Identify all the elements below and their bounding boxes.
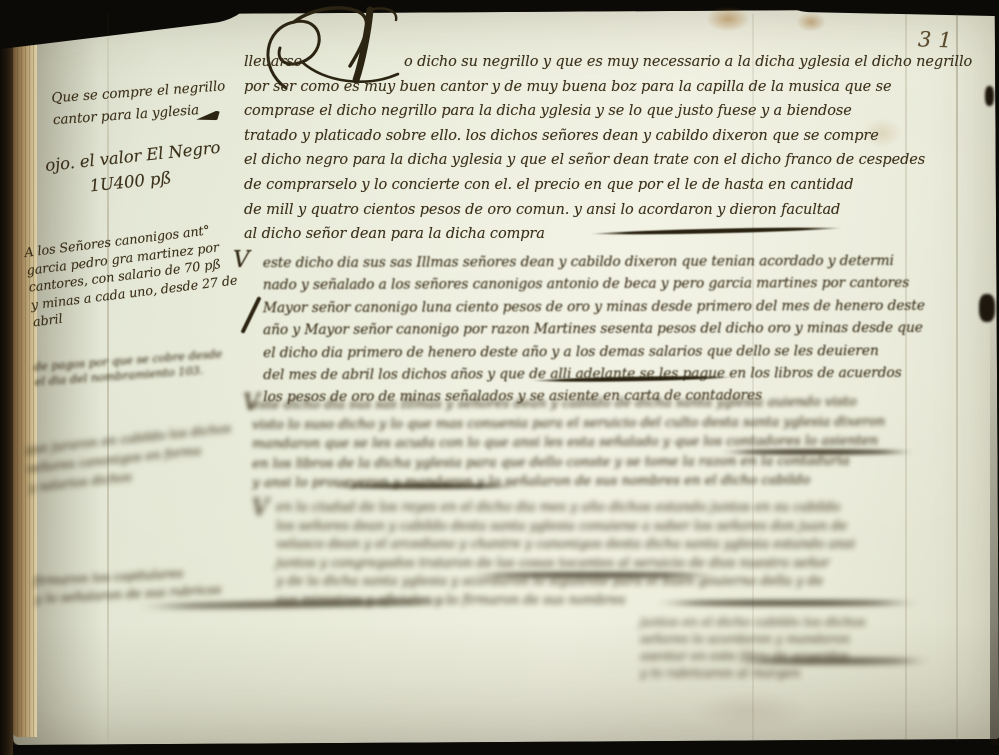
page-edge-stack (13, 16, 37, 737)
text-line: año y Mayor señor canonigo por razon Mar… (263, 317, 947, 342)
text-line: el dicho negro para la dicha yglesia y q… (244, 148, 946, 173)
text-line: juntos en el dicho cabildo los dichos (640, 613, 970, 630)
text-line: juntos y congregados trataron de las cos… (276, 555, 968, 574)
opening-word: lleuarse (244, 50, 302, 75)
text-line: asentar en este libro de acuerdos (640, 647, 970, 664)
text-line: y lo rubricaron al margen (640, 664, 970, 681)
text-line: lleuarse o dicho su negrillo y que es mu… (244, 50, 946, 75)
folio-number: 31 (918, 27, 960, 52)
text-line: mandaron que se les acuda con lo que ans… (252, 431, 956, 454)
book-binding (0, 0, 13, 755)
text-line: nado y señalado a los señores canonigos … (263, 272, 947, 297)
text-line: o dicho su negrillo y que es muy necessa… (404, 50, 972, 75)
paragraph-lines: por ser como es muy buen cantor y de muy… (244, 75, 946, 247)
text-line: de mill y quatro cientos pesos de oro co… (244, 198, 946, 223)
text-line: los señores dean y cabildo desta santa y… (276, 518, 968, 537)
edge-ink-mark (985, 86, 994, 106)
main-paragraph-3-blurred: este dicho dia sus sas Illmas y señores … (252, 392, 957, 494)
text-line: por ser como es muy buen cantor y de muy… (244, 75, 946, 100)
main-paragraph-4-blurred: en la ciudad de los reyes en el dicho di… (276, 499, 968, 611)
text-line: de comprarselo y lo concierte con el. el… (244, 173, 946, 198)
text-line: velasco dean y el arcediano y chantre y … (276, 536, 968, 555)
main-paragraph-1: lleuarse o dicho su negrillo y que es mu… (244, 50, 946, 247)
text-line: al dicho señor dean para la dicha compra (244, 222, 946, 247)
text-line: en la ciudad de los reyes en el dicho di… (276, 499, 968, 518)
text-line: tratado y platicado sobre ello. los dich… (244, 124, 946, 149)
text-line: del mes de abril los dichos años y que d… (263, 362, 947, 387)
text-line: Mayor señor canonigo luna ciento pesos d… (263, 295, 947, 320)
text-line: comprase el dicho negrillo para la dicha… (244, 99, 946, 124)
text-line: señores lo acordaron y mandaron (640, 630, 970, 647)
text-line: este dicho dia sus sas Illmas señores de… (263, 250, 947, 275)
manuscript-photo: 31 Que se compre el negrillocantor para … (0, 0, 999, 755)
text-line: y ansi lo proueyeron y mandaron y lo señ… (252, 471, 956, 494)
paragraph-mark: V (233, 247, 250, 273)
text-line: el dicho dia primero de henero deste año… (263, 339, 947, 364)
text-line: sus ministros y oficiales y lo firmaron … (276, 592, 968, 611)
paragraph-mark: V (252, 495, 269, 521)
main-paragraph-2: este dicho dia sus sas Illmas señores de… (263, 250, 948, 409)
flourish-gap (302, 50, 404, 75)
edge-ink-mark (979, 294, 995, 322)
bottom-fragment-blurred: juntos en el dicho cabildo los dichosseñ… (640, 613, 970, 681)
right-edge-shadow (990, 300, 999, 745)
text-line: y de la dicha santa yglesia y acordaron … (276, 573, 968, 592)
